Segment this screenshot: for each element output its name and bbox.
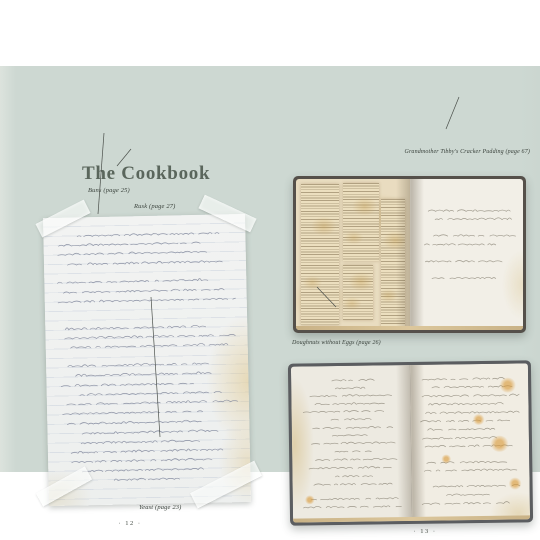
book-gutter-shadow bbox=[395, 365, 425, 521]
scrapbook-left-page bbox=[296, 179, 410, 330]
scrapbook-pages bbox=[296, 179, 523, 330]
stain-spot bbox=[441, 454, 451, 463]
caption-cracker-pudding: Grandmother Tibby's Cracker Pudding (pag… bbox=[402, 149, 530, 155]
notebook-pages bbox=[291, 363, 530, 522]
folio-left: · 12 · bbox=[108, 520, 152, 527]
scrapbook-right-page bbox=[410, 179, 524, 330]
notebook-photo bbox=[288, 360, 533, 525]
manuscript-handwriting bbox=[54, 226, 239, 492]
newspaper-clipping bbox=[343, 183, 379, 261]
cookbook-spread: The Cookbook Buns (page 25) Rusk (page 2… bbox=[0, 0, 540, 540]
caption-yeast: Yeast (page 23) bbox=[139, 504, 181, 511]
stain-spot bbox=[508, 477, 521, 489]
notebook-left-page bbox=[291, 365, 412, 523]
scrapbook-handwriting bbox=[422, 189, 516, 285]
book-gutter-shadow bbox=[396, 179, 424, 330]
spread-background: The Cookbook Buns (page 25) Rusk (page 2… bbox=[0, 66, 540, 472]
newspaper-clipping bbox=[301, 184, 339, 325]
page-title: The Cookbook bbox=[82, 163, 210, 185]
scrapbook-photo bbox=[293, 176, 526, 333]
caption-buns: Buns (page 25) bbox=[88, 187, 130, 194]
manuscript-photo bbox=[43, 214, 251, 506]
notebook-handwriting-left bbox=[301, 374, 403, 510]
caption-rusk: Rusk (page 27) bbox=[134, 203, 175, 210]
notebook-right-page bbox=[409, 363, 530, 521]
newspaper-clipping bbox=[343, 265, 373, 320]
caption-doughnuts: Doughnuts without Eggs (page 26) bbox=[292, 340, 381, 346]
folio-right: · 13 · bbox=[403, 528, 447, 535]
